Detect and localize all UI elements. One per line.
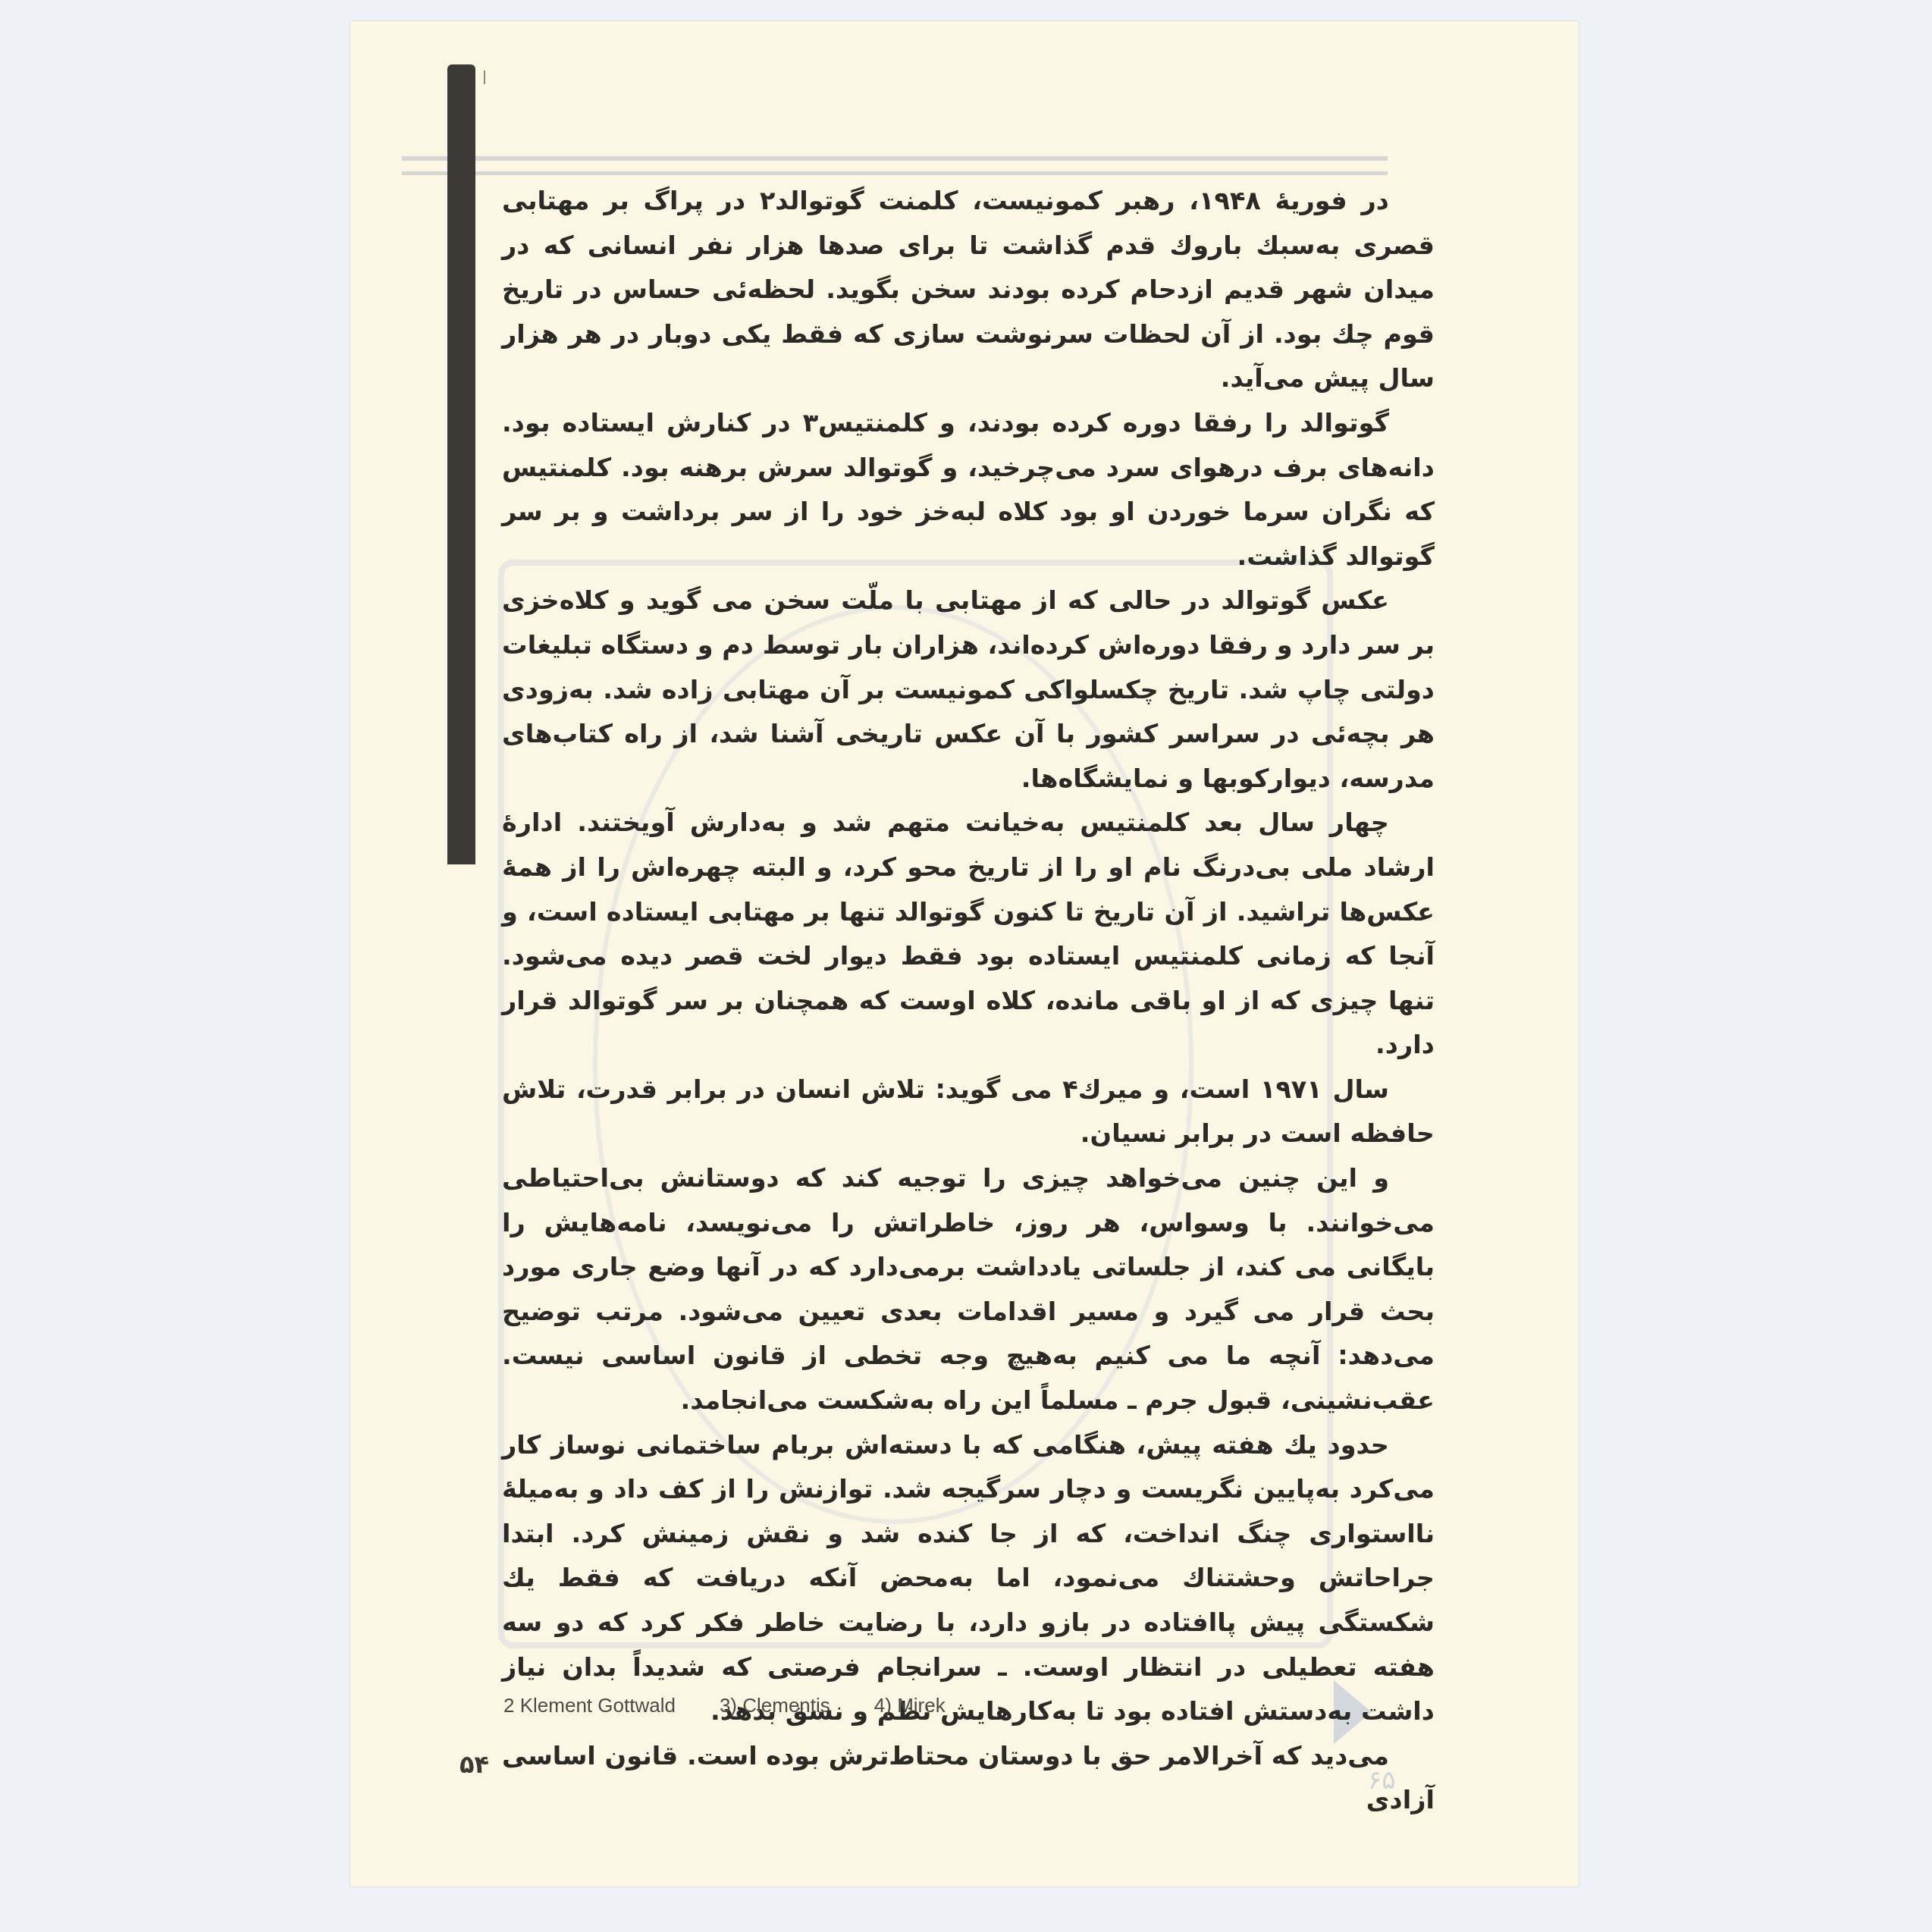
footnote: 2 Klement Gottwald <box>503 1694 676 1717</box>
paragraph: و این چنین می‌خواهد چیزی را توجیه کند که… <box>502 1156 1435 1423</box>
paragraph: عکس گوتوالد در حالی که از مهتابی با ملّت… <box>502 579 1435 801</box>
paragraph: سال ۱۹۷۱ است، و میرك۴ می گوید: تلاش انسا… <box>502 1068 1435 1156</box>
paragraph: حدود یك هفته پیش، هنگامی که با دسته‌اش ب… <box>502 1423 1435 1734</box>
page-number: ۵۴ <box>459 1750 489 1779</box>
margin-bar <box>447 64 475 864</box>
footnotes: 2 Klement Gottwald 3) Clementis 4) Mirek <box>503 1694 946 1717</box>
paragraph: چهار سال بعد کلمنتیس به‌خیانت متهم شد و … <box>502 801 1435 1068</box>
body-text: در فوریهٔ ۱۹۴۸، رهبر کمونیست، کلمنت گوتو… <box>502 179 1435 1823</box>
footnote: 4) Mirek <box>874 1694 946 1717</box>
book-page: ۶۵ در فوریهٔ ۱۹۴۸، رهبر کمونیست، کلمنت گ… <box>350 21 1579 1887</box>
paragraph: گوتوالد را رفقا دوره کرده بودند، و کلمنت… <box>502 401 1435 579</box>
footnote: 3) Clementis <box>720 1694 830 1717</box>
show-through-rule <box>402 156 1388 161</box>
margin-tick <box>484 71 485 84</box>
paragraph: در فوریهٔ ۱۹۴۸، رهبر کمونیست، کلمنت گوتو… <box>502 179 1435 401</box>
paragraph: می‌دید که آخرالامر حق با دوستان محتاط‌تر… <box>502 1734 1435 1823</box>
show-through-rule <box>402 171 1388 175</box>
